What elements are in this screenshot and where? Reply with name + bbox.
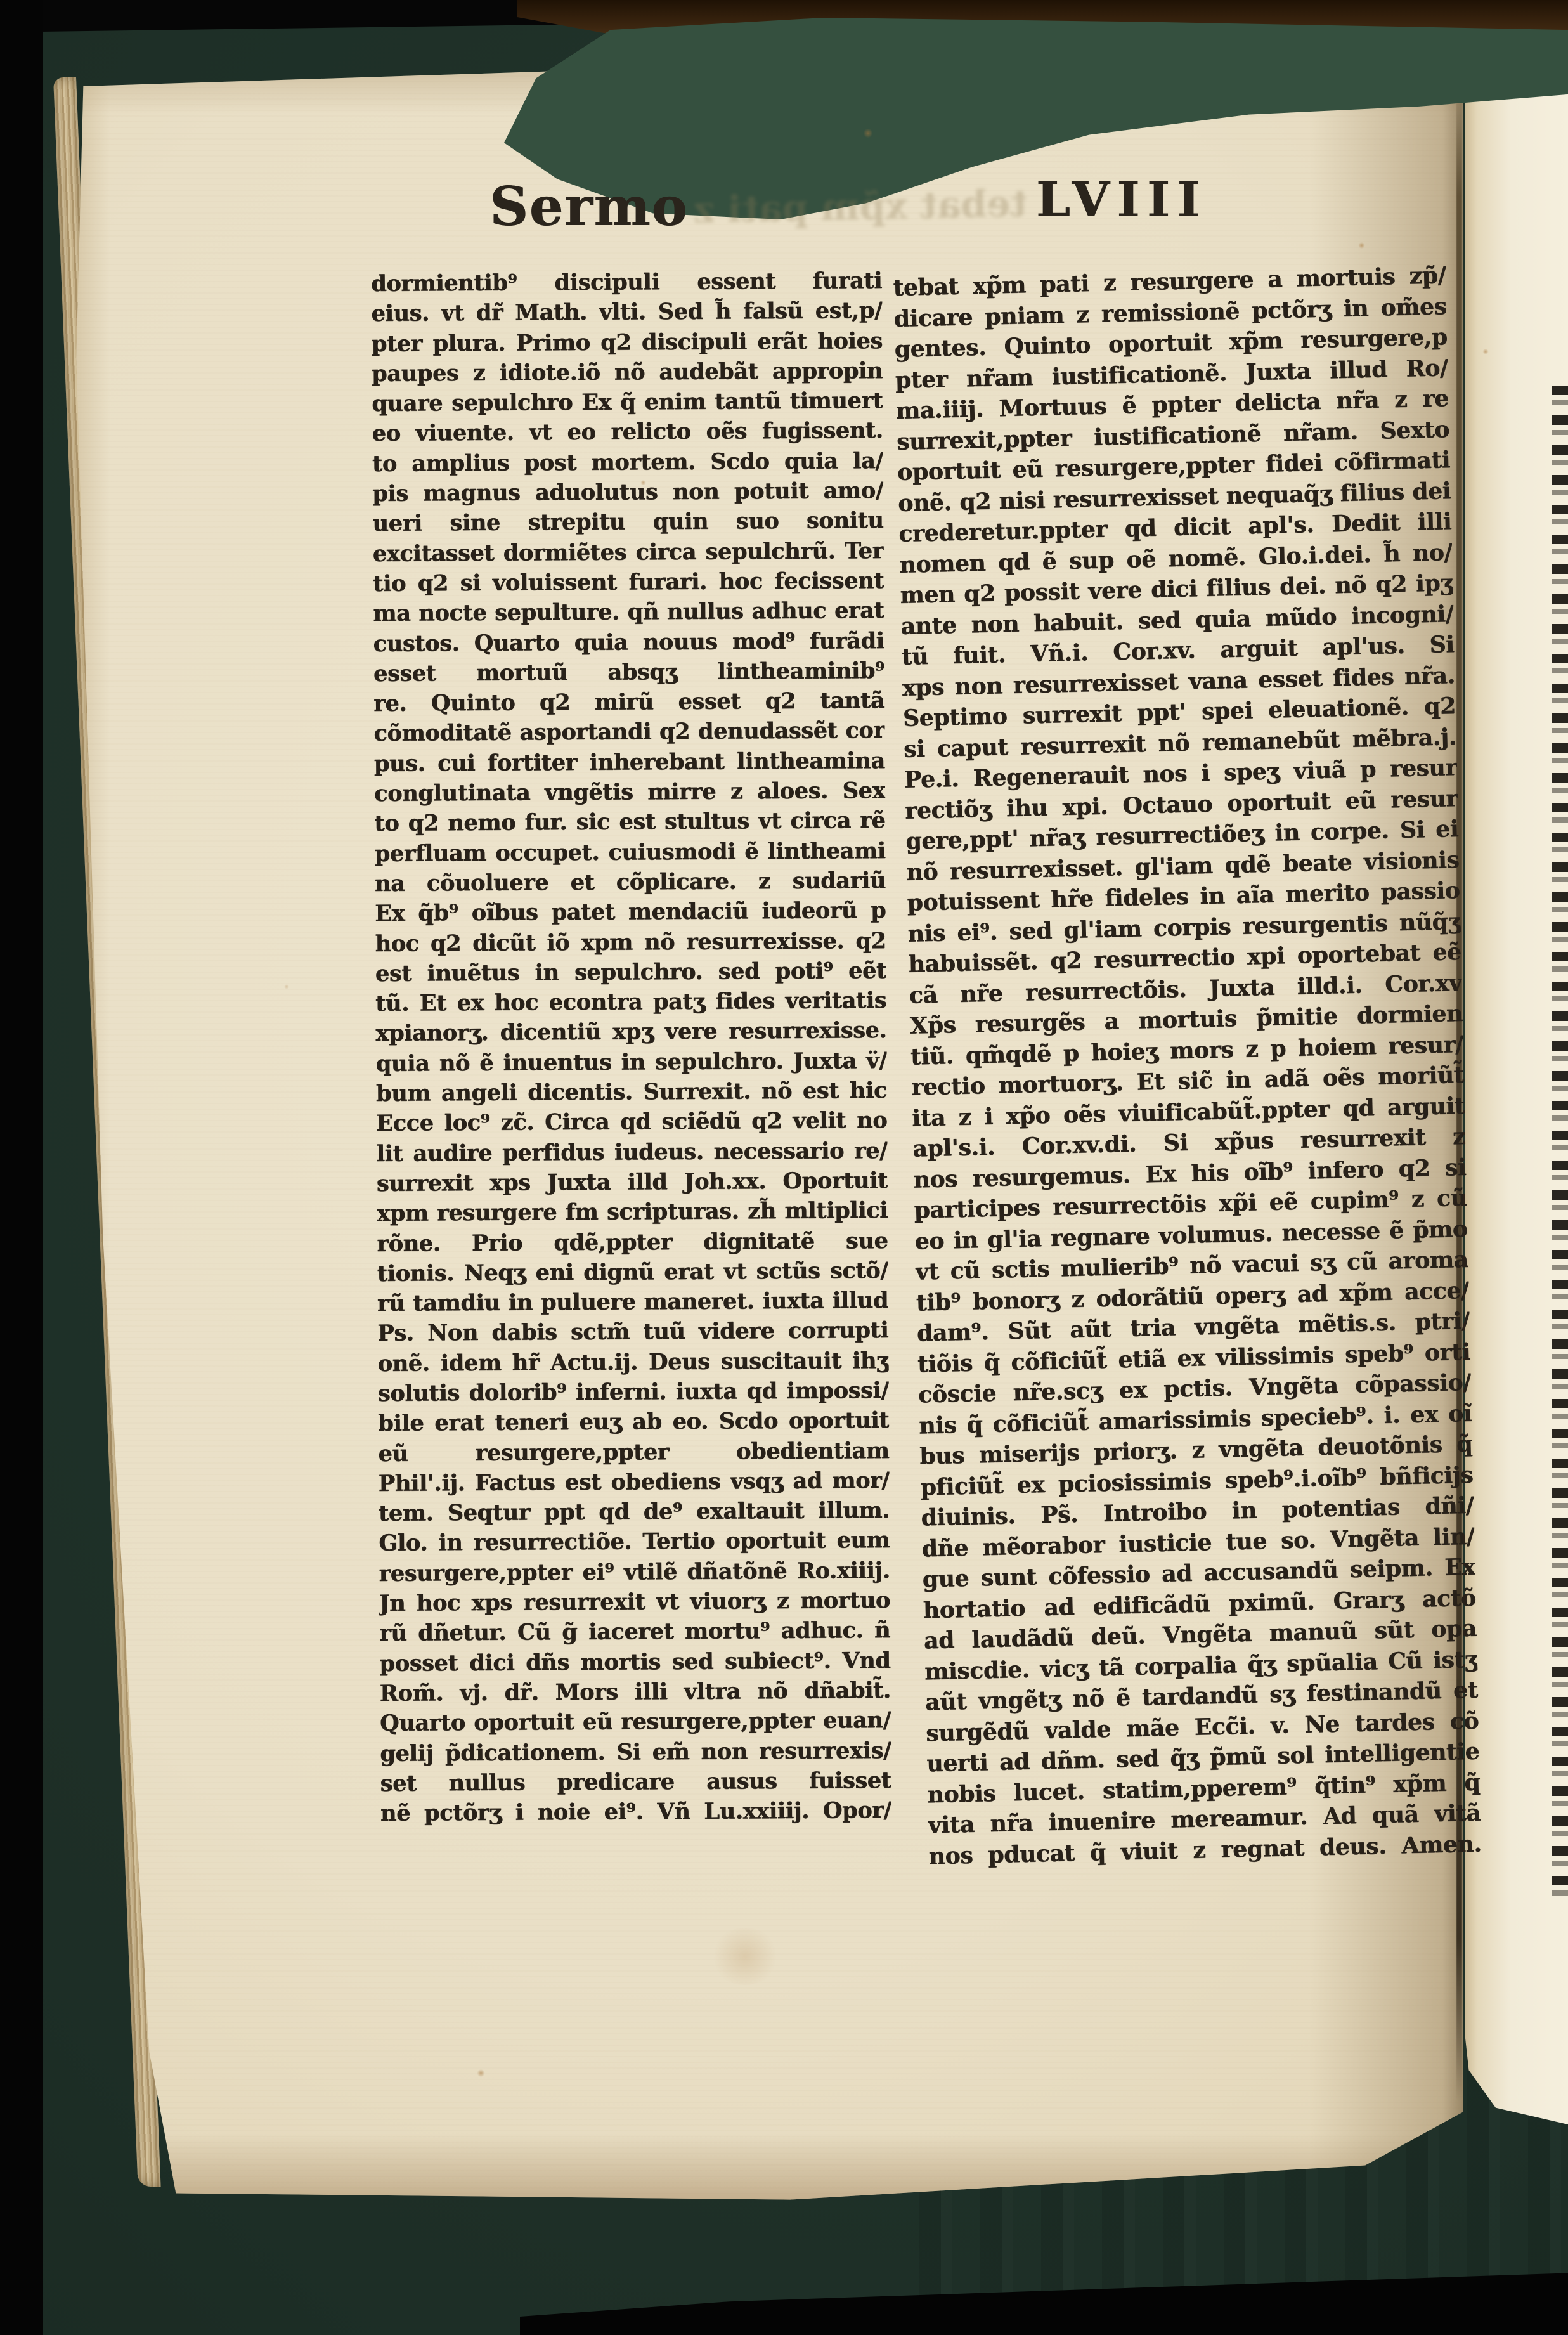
text-line: Ps. Non dabis sctm̃ tuũ videre corrupti xyxy=(377,1315,888,1348)
foxing-spot xyxy=(284,984,289,989)
foxing-spot xyxy=(640,480,646,485)
text-line: onẽ. idem hr̃ Actu.ij. Deus suscitauit i… xyxy=(377,1346,888,1379)
foxing-spot xyxy=(1482,349,1489,354)
text-line: solutis dolorib⁹ inferni. iuxta qd impos… xyxy=(378,1376,889,1408)
text-line: excitasset dormiẽtes circa sepulchrũ. Te… xyxy=(373,536,884,569)
scanned-book-photo: { "document": { "kind": "incunabulum ser… xyxy=(0,0,1568,2335)
foxing-spot xyxy=(1342,949,1347,954)
text-line: cõmoditatẽ asportandi q2 denudassẽt cor xyxy=(373,716,884,749)
text-line: eũ resurgere,ppter obedientiam passionis… xyxy=(378,1436,889,1469)
text-line: dormientib⁹ discipuli essent furati corp… xyxy=(371,266,882,299)
text-line: xpm resurgere fm scripturas. zh̃ mltipli… xyxy=(377,1195,888,1228)
text-line: resurgere,ppter ei⁹ vtilẽ dñatõnẽ Ro.xii… xyxy=(379,1556,890,1589)
text-line: Quarto oportuit eũ resurgere,ppter euan/ xyxy=(380,1705,891,1738)
text-line: eo viuente. vt eo relicto oẽs fugissent.… xyxy=(372,416,883,449)
text-line: pter plura. Primo q2 discipuli erãt hoie… xyxy=(372,326,883,359)
text-line: xpianorʒ. dicentiũ xpʒ vere resurrexisse… xyxy=(375,1015,886,1048)
text-line: Ex q̃b⁹ oĩbus patet mendaciũ iudeorũ p xyxy=(375,895,886,928)
text-line: conglutinata vngẽtis mirre z aloes. Sex xyxy=(374,776,885,809)
text-line: na cõuoluere et cõplicare. z sudariũ sim… xyxy=(375,866,886,899)
text-line: Jn hoc xps resurrexit vt viuorʒ z mortuo xyxy=(379,1585,890,1618)
text-line: surrexit xps Juxta illd Joh.xx. Oportuit xyxy=(377,1166,888,1199)
text-line: to amplius post mortem. Scdo quia la/ xyxy=(372,446,883,479)
text-line: bile erat teneri euʒ ab eo. Scdo oportui… xyxy=(378,1405,889,1438)
text-line: quare sepulchro Ex q̃ enim tantũ timuert xyxy=(372,386,883,419)
scan-edge-left xyxy=(0,0,43,2335)
foxing-spot xyxy=(710,1928,780,1985)
text-line: tio q2 si voluissent furari. hoc fecisse… xyxy=(373,566,884,599)
text-column-right: tebat xp̃m pati z resurgere a mortuis zp… xyxy=(893,260,1482,1871)
text-line: Ecce loc⁹ zc̃. Circa qd sciẽdũ q2 velit … xyxy=(376,1105,887,1138)
text-line: est inuẽtus in sepulchro. sed poti⁹ eẽt … xyxy=(375,956,886,989)
text-line: perfluam occupet. cuiusmodi ẽ lintheami xyxy=(374,836,885,869)
text-line: esset mortuũ absqʒ lintheaminib⁹ asporta… xyxy=(373,656,884,689)
foxing-spot xyxy=(477,2069,485,2077)
foxing-spot xyxy=(1358,242,1365,249)
text-line: re. Quinto q2 mirũ esset q2 tantã habuis… xyxy=(373,686,884,719)
text-line: tionis. Neqʒ eni dignũ erat vt sctũs sct… xyxy=(377,1256,888,1289)
text-line: Phil'.ij. Factus est obediens vsqʒ ad mo… xyxy=(379,1466,890,1499)
foxing-spot xyxy=(863,129,873,138)
text-line: set nullus predicare ausus fuisset remis… xyxy=(380,1766,891,1798)
text-line: Rom̃. vj. dr̃. Mors illi vltra nõ dñabit… xyxy=(380,1675,891,1708)
text-line: pis magnus aduolutus non potuit amo/ xyxy=(372,476,883,509)
text-line: pus. cui fortiter inherebant lintheamina xyxy=(374,746,885,779)
text-line: ueri sine strepitu quin suo sonitu custo… xyxy=(372,505,883,538)
running-title: Sermo xyxy=(489,175,688,238)
text-line: rõne. Prio qdẽ,ppter dignitatẽ sue sctif… xyxy=(377,1226,888,1259)
text-line: paupes z idiote.iõ nõ audebãt appropin xyxy=(372,356,883,389)
folio-number: LVIII xyxy=(1036,171,1207,228)
text-line: Glo. in resurrectiõe. Tertio oportuit eu… xyxy=(379,1526,890,1559)
text-line: bum angeli dicentis. Surrexit. nõ est hi… xyxy=(376,1076,887,1109)
text-line: lit audire perfidus iudeus. necessario r… xyxy=(376,1136,887,1169)
text-line: tem. Seqtur ppt qd de⁹ exaltauit illum. xyxy=(379,1495,890,1528)
text-line: eius. vt dr̃ Math. vlti. Sed h̃ falsũ es… xyxy=(371,296,882,328)
text-line: to q2 nemo fur. sic est stultus vt circa… xyxy=(374,805,885,838)
show-through-ghost: tebat xp̃m pati z resurgere a mortuis zp… xyxy=(684,181,1028,249)
facing-page-text-edge xyxy=(1552,386,1568,1901)
text-line: quia nõ ẽ inuentus in sepulchro. Juxta v… xyxy=(376,1046,887,1079)
text-line: custos. Quarto quia nouus mod⁹ furãdi xyxy=(373,626,884,659)
text-line: posset dici dñs mortis sed subiect⁹. Vnd xyxy=(379,1646,890,1679)
text-line: tũ. Et ex hoc econtra patʒ fides veritat… xyxy=(375,985,886,1018)
text-line: gelij p̃dicationem. Si em̃ non resurrexi… xyxy=(380,1736,891,1769)
text-line: rũ tamdiu in puluere maneret. iuxta illu… xyxy=(377,1285,888,1318)
text-column-left: dormientib⁹ discipuli essent furati corp… xyxy=(371,266,891,1828)
text-line: ma nocte sepulture. qñ nullus adhuc erat xyxy=(373,595,884,628)
text-line: nẽ pctõrʒ i noie ei⁹. Vñ Lu.xxiiij. Opor… xyxy=(380,1795,891,1828)
text-line: rũ dñetur. Cũ g̃ iaceret mortu⁹ adhuc. ñ xyxy=(379,1615,890,1648)
text-line: hoc q2 dicũt iõ xpm nõ resurrexisse. q2 … xyxy=(375,926,886,959)
